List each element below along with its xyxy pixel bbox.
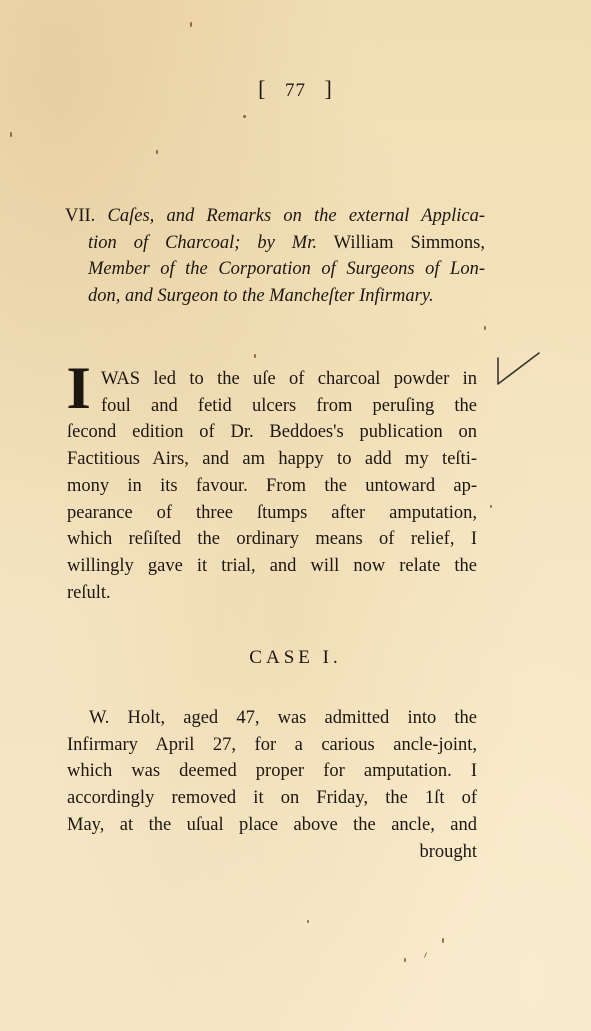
running-head: [ 77 ] [0, 76, 591, 102]
paper-speck [484, 326, 486, 330]
title-line: don, and Surgeon to the Mancheſter Infir… [65, 283, 485, 310]
paper-speck [10, 132, 12, 137]
text-line: which was deemed proper for amputation. … [67, 758, 477, 785]
paper-speck [243, 115, 246, 118]
page-number: 77 [285, 80, 306, 101]
paper-speck [254, 354, 256, 358]
catchword: brought [67, 839, 477, 866]
paper-speck [307, 920, 309, 923]
title-line: tion of Charcoal; by Mr. William Simmons… [65, 230, 485, 257]
paper-speck [490, 505, 492, 508]
article-title: VII. Caſes, and Remarks on the external … [65, 203, 485, 310]
text-line: foul and fetid ulcers from peruſing the [67, 393, 477, 420]
case-heading: CASE I. [0, 647, 591, 669]
text-line: Infirmary April 27, for a carious ancle-… [67, 732, 477, 759]
intro-paragraph: WAS led to the uſe of charcoal powder in… [67, 366, 477, 606]
text-line: pearance of three ſtumps after amputatio… [67, 500, 477, 527]
text-line: Factitious Airs, and am happy to add my … [67, 446, 477, 473]
paper-speck [442, 938, 444, 943]
text-line: which reſiſted the ordinary means of rel… [67, 526, 477, 553]
book-page: [ 77 ] VII. Caſes, and Remarks on the ex… [0, 0, 591, 1031]
bracket-open: [ [258, 76, 266, 102]
paper-speck [404, 958, 406, 962]
bracket-close: ] [325, 76, 333, 102]
title-line: Member of the Corporation of Surgeons of… [65, 256, 485, 283]
text-line: W. Holt, aged 47, was admitted into the [67, 705, 477, 732]
text-line: accordingly removed it on Friday, the 1ſ… [67, 785, 477, 812]
title-line: VII. Caſes, and Remarks on the external … [65, 203, 485, 230]
text-line: May, at the uſual place above the ancle,… [67, 812, 477, 839]
case-paragraph: W. Holt, aged 47, was admitted into the … [67, 705, 477, 865]
check-mark-icon [495, 350, 545, 390]
text-line: reſult. [67, 580, 477, 607]
text-line: mony in its favour. From the untoward ap… [67, 473, 477, 500]
text-line: ſecond edition of Dr. Beddoes's publicat… [67, 419, 477, 446]
text-line: WAS led to the uſe of charcoal powder in [67, 366, 477, 393]
paper-speck [424, 952, 427, 958]
text-line: willingly gave it trial, and will now re… [67, 553, 477, 580]
paper-speck [156, 150, 158, 154]
paper-speck [190, 22, 192, 27]
